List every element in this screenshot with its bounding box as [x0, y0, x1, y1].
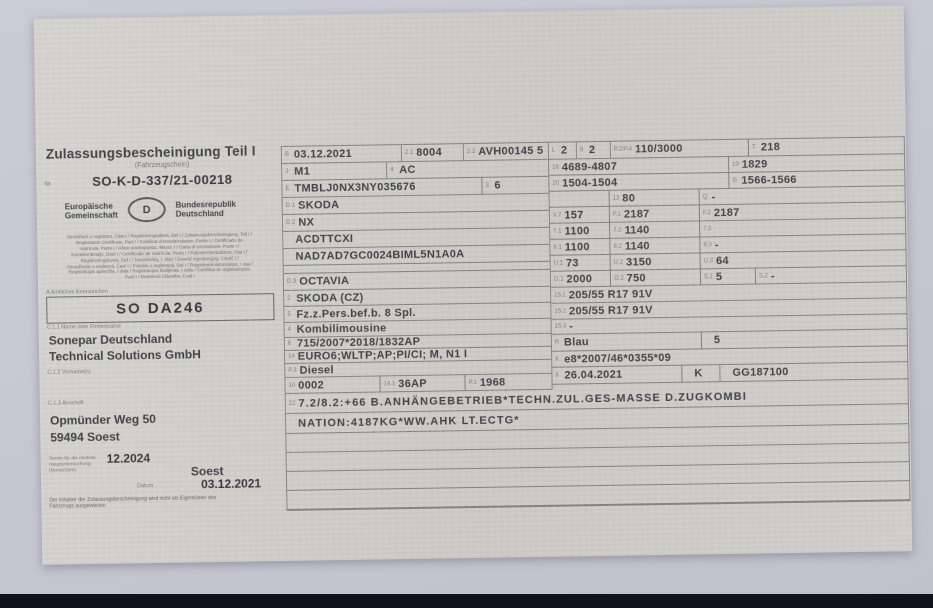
field-code: 15.3: [555, 324, 567, 330]
multilingual-fine-print: Osvědčení o registraci, Část I / Registr…: [45, 231, 274, 282]
field-code: P.3: [288, 367, 296, 373]
table-cell: JM1: [282, 162, 387, 180]
field-code: 7.1: [553, 228, 561, 234]
table-cell: 7.11100: [550, 223, 610, 239]
field-code: 7.3: [703, 226, 711, 232]
field-value: M1: [294, 166, 310, 178]
field-code: 22: [289, 400, 296, 406]
field-value: -: [569, 320, 573, 332]
photo-background: Zulassungsbescheinigung Teil I (Fahrzeug…: [0, 0, 933, 608]
field-value: 1140: [625, 240, 650, 252]
field-code: K: [555, 356, 561, 362]
table-cell: 4AC: [387, 160, 548, 179]
field-code: P.2/P.4: [614, 146, 632, 152]
field-code: 18: [552, 164, 559, 170]
field-code: 8.2: [613, 243, 621, 249]
document-title: Zulassungsbescheinigung Teil I: [46, 143, 278, 162]
table-cell: F.12187: [610, 205, 700, 221]
field-code: 15.1: [554, 292, 566, 298]
field-value: 1566-1566: [741, 173, 796, 186]
field-value: 5: [716, 271, 723, 283]
field-value: NATION:4187KG*WW.AHK LT.ECTG*: [298, 414, 520, 429]
owner-disclaimer-note: Der Inhaber der Zulassungsbescheinigung …: [49, 494, 279, 510]
eu-community-label: Europäische Gemeinschaft: [65, 201, 118, 220]
field-value: 64: [716, 254, 729, 266]
field-code: 2.1: [405, 150, 413, 156]
field-value: 2187: [714, 206, 740, 218]
table-cell: 100002: [285, 376, 380, 392]
field-value: ACDTTCXI: [295, 233, 353, 246]
table-cell: S.15: [701, 269, 756, 285]
field-code: 9: [580, 147, 586, 153]
table-cell: 184689-4807: [549, 157, 729, 175]
table-cell: P.11968: [465, 374, 551, 390]
field-code: S.2: [759, 273, 768, 279]
document-subtitle: (Fahrzeugschein): [46, 160, 278, 171]
field-value: AC: [399, 164, 416, 176]
right-column: L292P.2/P.4110/3000T218184689-4807191829…: [549, 137, 908, 390]
field-value: OCTAVIA: [299, 275, 349, 288]
table-cell: GG187100: [720, 362, 907, 381]
field-code: T: [752, 145, 758, 151]
table-cell: U.173: [551, 255, 611, 271]
field-code: 15.2: [554, 308, 566, 314]
plate-label: A Amtliches Kennzeichen: [46, 289, 108, 296]
table-cell: O.2750: [611, 269, 701, 285]
field-value: 205/55 R17 91V: [569, 304, 653, 317]
inspection-date-label: Termin für die nächste Hauptuntersuchung…: [49, 456, 107, 474]
field-value: SKODA (CZ): [296, 291, 364, 304]
field-code: F.2: [703, 210, 711, 216]
field-value: e8*2007/46*0355*09: [564, 351, 671, 365]
field-value: 1140: [624, 224, 649, 236]
table-cell: V.7157: [550, 207, 610, 223]
field-code: L: [552, 148, 558, 154]
field-value: NAD7AD7GC0024BIML5N1A0A: [295, 248, 464, 263]
table-cell: S.2-: [756, 266, 906, 283]
field-code: 2.2: [467, 149, 475, 155]
field-code: 6: [555, 373, 561, 379]
owner-name: Sonepar Deutschland Technical Solutions …: [49, 330, 201, 364]
field-code: V.7: [553, 212, 562, 218]
field-code: 2: [287, 295, 293, 301]
inspection-date-value: 12.2024: [107, 451, 151, 466]
table-cell: O.12000: [551, 271, 611, 287]
field-code: D.1: [286, 203, 295, 209]
field-value: 36AP: [398, 377, 427, 389]
field-value: 1100: [564, 225, 589, 237]
field-code: U.2: [614, 259, 623, 265]
field-value: TMBLJ0NX3NY035676: [294, 181, 415, 195]
eu-header: Europäische Gemeinschaft D Bundesrepubli…: [65, 195, 271, 223]
table-cell: 92: [577, 142, 611, 159]
table-cell: ETMBLJ0NX3NY035676: [282, 178, 482, 197]
field-code: 14.1: [383, 381, 395, 387]
first-name-label: C.1.2 Vorname(n): [47, 369, 91, 376]
field-value: 1968: [480, 376, 506, 388]
field-code: 10: [289, 382, 296, 388]
issue-date: 03.12.2021: [201, 476, 261, 491]
table-cell: 191829: [729, 154, 904, 172]
field-value: Diesel: [299, 364, 333, 377]
field-value: 0002: [298, 379, 324, 391]
table-cell: [550, 191, 610, 207]
table-cell: L2: [549, 142, 577, 158]
table-cell: 2.18004: [402, 144, 464, 161]
field-code: D.2: [286, 220, 295, 226]
document-number: SO-K-D-337/21-00218: [46, 171, 278, 190]
field-value: 2: [561, 145, 568, 157]
field-code: 3: [485, 183, 491, 189]
field-code: 7.2: [613, 227, 621, 233]
field-value: 1829: [742, 158, 768, 170]
field-code: Q: [703, 194, 709, 200]
country-label: Bundesrepublik Deutschland: [176, 199, 237, 218]
field-code: J: [285, 169, 291, 175]
field-code: O.1: [554, 276, 564, 282]
field-code: R: [555, 340, 561, 346]
field-code: 8.1: [553, 244, 561, 250]
field-code: O.2: [614, 275, 624, 281]
middle-column: B03.12.20212.180042.2AVH00145 5JM14ACETM…: [282, 143, 553, 394]
field-value: NX: [298, 216, 314, 228]
field-code: G: [732, 177, 738, 183]
table-cell: 7.21140: [610, 221, 700, 237]
field-code: S.1: [704, 274, 713, 280]
country-code-oval-icon: D: [127, 197, 165, 223]
field-value: 73: [566, 257, 579, 269]
field-value: Blau: [564, 336, 589, 348]
document-paper: Zulassungsbescheinigung Teil I (Fahrzeug…: [34, 5, 912, 565]
table-cell: 8.21140: [610, 237, 700, 253]
table-cell: 626.04.2021: [552, 366, 682, 384]
field-value: 80: [622, 192, 635, 204]
field-code: 4: [288, 327, 294, 333]
field-code: 13: [613, 195, 620, 201]
field-code: 8.3: [703, 242, 711, 248]
address-label: C.1.3 Anschrift: [48, 400, 84, 407]
table-cell: 2.2AVH00145 5: [464, 143, 548, 160]
field-value: 7.2/8.2:+66 B.ANHÄNGEBETRIEB*TECHN.ZUL.G…: [298, 390, 747, 409]
field-value: -: [712, 191, 716, 203]
field-value: 26.04.2021: [564, 369, 622, 382]
date-label: Datum: [137, 483, 153, 489]
field-value: 1100: [565, 241, 590, 253]
owner-name-label: C.1.1 Name oder Firmenname: [47, 324, 121, 331]
license-plate-box: SO DA246: [46, 293, 274, 324]
field-value: 218: [761, 141, 780, 153]
table-cell: 36: [482, 177, 548, 194]
field-value: 110/3000: [635, 143, 683, 156]
field-value: 03.12.2021: [294, 148, 352, 161]
table-cell: RBlau: [552, 332, 702, 350]
field-value: 750: [626, 272, 645, 284]
field-value: 6: [494, 180, 501, 192]
photo-bottom-bar: [0, 594, 933, 608]
field-value: K: [694, 367, 702, 379]
field-value: -: [771, 270, 775, 282]
owner-address: Opmünder Weg 50 59494 Soest: [50, 411, 156, 447]
field-value: Fz.z.Pers.bef.b. 8 Spl.: [296, 306, 416, 320]
field-code: D.3: [287, 279, 296, 285]
field-code: 5: [287, 311, 293, 317]
field-code: B: [285, 152, 291, 158]
field-value: 1504-1504: [562, 176, 617, 189]
table-cell: P.2/P.4110/3000: [611, 140, 749, 158]
table-cell: T218: [749, 137, 904, 155]
table-cell: B03.12.2021: [282, 145, 402, 163]
field-code: 19: [732, 161, 739, 167]
field-code: 4: [390, 167, 396, 173]
field-code: E: [285, 186, 291, 192]
field-value: 5: [714, 334, 721, 346]
empty-rows-section: [286, 424, 909, 510]
vehicle-data-table: B03.12.20212.180042.2AVH00145 5JM14ACETM…: [281, 136, 911, 511]
field-value: -: [715, 239, 719, 251]
field-value: 8004: [416, 146, 442, 158]
field-value: SKODA: [298, 199, 339, 212]
field-value: GG187100: [732, 366, 788, 379]
field-code: P.1: [468, 379, 476, 385]
field-value: 2000: [566, 273, 592, 285]
field-value: 2: [589, 144, 596, 156]
license-plate-number: SO DA246: [116, 299, 205, 317]
table-cell: U.23150: [611, 253, 701, 269]
table-cell: K: [682, 365, 720, 382]
field-value: 205/55 R17 91V: [569, 288, 653, 301]
field-code: 14: [288, 354, 295, 360]
field-code: 6: [288, 341, 294, 347]
table-cell: 201504-1504: [549, 173, 729, 191]
table-cell: 8.11100: [550, 239, 610, 255]
field-value: 715/2007*2018/1832AP: [297, 336, 421, 350]
field-code: 20: [552, 180, 559, 186]
field-value: 3150: [626, 256, 652, 268]
table-cell: 14.136AP: [380, 375, 465, 391]
field-code: F.1: [613, 211, 621, 217]
field-value: Kombilimousine: [297, 322, 387, 335]
field-value: 4689-4807: [562, 160, 617, 173]
field-code: U.3: [704, 258, 713, 264]
field-code: U.1: [554, 260, 563, 266]
table-cell: G1566-1566: [729, 170, 904, 188]
table-cell: 5: [702, 329, 907, 348]
table-columns: B03.12.20212.180042.2AVH00145 5JM14ACETM…: [282, 137, 908, 394]
field-value: 157: [564, 209, 583, 221]
field-value: AVH00145 5: [478, 145, 543, 158]
field-value: 2187: [624, 208, 650, 220]
table-cell: 1380: [610, 189, 700, 205]
